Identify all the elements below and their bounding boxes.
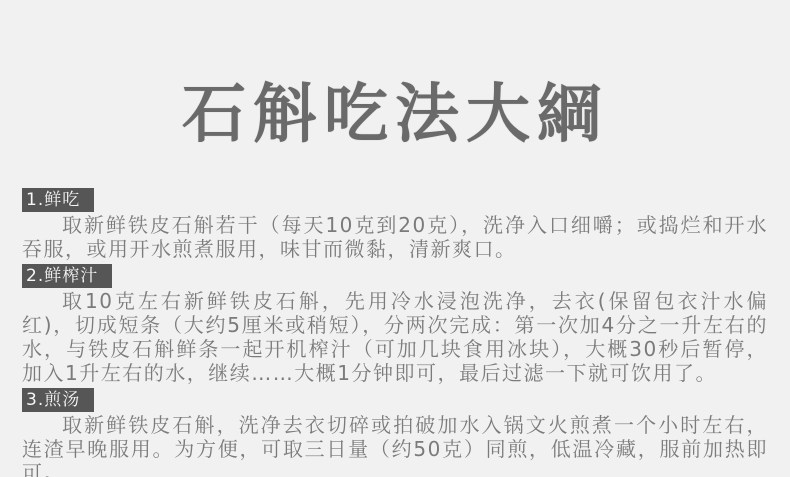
section-3-body: 取新鲜铁皮石斛，洗净去衣切碎或拍破加水入锅文火煎煮一个小时左右，连渣早晚服用。为…: [22, 413, 768, 477]
section-2-header: 2.鲜榨汁: [22, 264, 112, 288]
section-2-body: 取10克左右新鲜铁皮石斛，先用冷水浸泡洗净，去衣(保留包衣汁水偏红)，切成短条（…: [22, 289, 768, 385]
page-title: 石斛吃法大綱: [0, 0, 790, 188]
content-area: 1.鲜吃 取新鲜铁皮石斛若干（每天10克到20克），洗净入口细嚼；或捣烂和开水吞…: [0, 188, 790, 477]
section-decoction: 3.煎汤 取新鲜铁皮石斛，洗净去衣切碎或拍破加水入锅文火煎煮一个小时左右，连渣早…: [22, 388, 768, 477]
section-fresh-eating: 1.鲜吃 取新鲜铁皮石斛若干（每天10克到20克），洗净入口细嚼；或捣烂和开水吞…: [22, 188, 768, 261]
section-1-header: 1.鲜吃: [22, 188, 94, 212]
product-description-page: 石斛吃法大綱 1.鲜吃 取新鲜铁皮石斛若干（每天10克到20克），洗净入口细嚼；…: [0, 0, 790, 477]
section-fresh-juice: 2.鲜榨汁 取10克左右新鲜铁皮石斛，先用冷水浸泡洗净，去衣(保留包衣汁水偏红)…: [22, 264, 768, 385]
section-3-header: 3.煎汤: [22, 388, 94, 412]
section-1-body: 取新鲜铁皮石斛若干（每天10克到20克），洗净入口细嚼；或捣烂和开水吞服，或用开…: [22, 213, 768, 261]
